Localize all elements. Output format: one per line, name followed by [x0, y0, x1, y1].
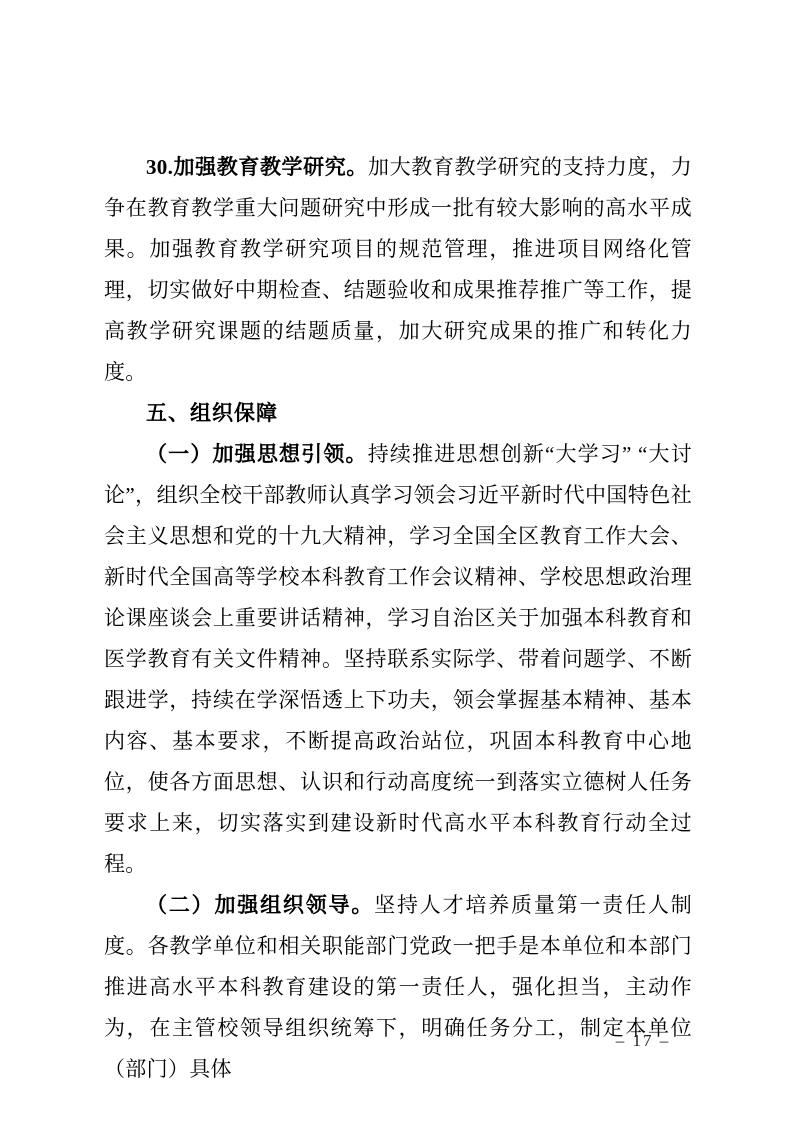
page-number: – 17 –: [610, 1031, 676, 1051]
document-body: 30.加强教育教学研究。加大教育教学研究的支持力度，力争在教育教学重大问题研究中…: [104, 147, 692, 1090]
paragraph-strengthen-ideological-guidance: （一）加强思想引领。持续推进思想创新“大学习” “大讨论”，组织全校干部教师认真…: [104, 434, 692, 885]
paragraph-item-30-text: 加大教育教学研究的支持力度，力争在教育教学重大问题研究中形成一批有较大影响的高水…: [104, 155, 692, 384]
paragraph-strengthen-organizational-leadership: （二）加强组织领导。坚持人才培养质量第一责任人制度。各教学单位和相关职能部门党政…: [104, 885, 692, 1090]
paragraph-item-30-lead: 30.加强教育教学研究。: [146, 155, 368, 179]
document-page: 30.加强教育教学研究。加大教育教学研究的支持力度，力争在教育教学重大问题研究中…: [0, 0, 793, 1122]
section-heading-organization-guarantee: 五、组织保障: [104, 393, 692, 434]
paragraph-strengthen-organizational-leadership-text: 坚持人才培养质量第一责任人制度。各教学单位和相关职能部门党政一把手是本单位和本部…: [104, 893, 692, 1081]
paragraph-strengthen-ideological-guidance-lead: （一）加强思想引领。: [146, 442, 368, 466]
paragraph-strengthen-ideological-guidance-text: 持续推进思想创新“大学习” “大讨论”，组织全校干部教师认真学习领会习近平新时代…: [104, 442, 692, 876]
paragraph-strengthen-organizational-leadership-lead: （二）加强组织领导。: [146, 893, 374, 917]
paragraph-item-30: 30.加强教育教学研究。加大教育教学研究的支持力度，力争在教育教学重大问题研究中…: [104, 147, 692, 393]
